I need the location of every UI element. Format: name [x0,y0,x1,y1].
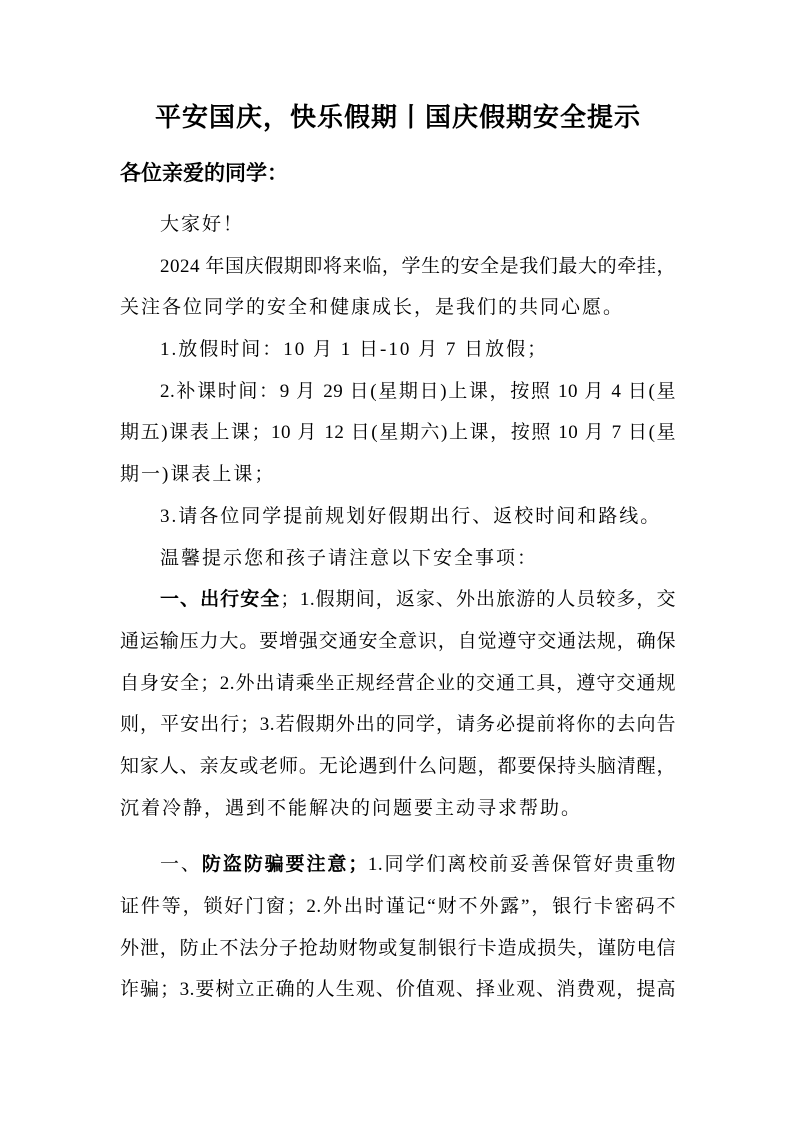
text-segment: 自身安全；2.外出请乘坐正规经营企业的交通工具，遵守交通规 [120,673,676,694]
text-line: 自身安全；2.外出请乘坐正规经营企业的交通工具，遵守交通规 [120,663,676,705]
text-segment: 一、 [160,854,202,875]
bold-text-segment: 一、出行安全 [160,589,280,610]
text-line: 一、防盗防骗要注意；1.同学们离校前妥善保管好贵重物品、 [120,844,676,886]
text-segment: 1.放假时间：10 月 1 日-10 月 7 日放假； [160,339,548,360]
text-segment: 诈骗；3.要树立正确的人生观、价值观、择业观、消费观，提高 [120,979,676,1000]
text-line: 外泄，防止不法分子抢劫财物或复制银行卡造成损失，谨防电信 [120,928,676,970]
bold-text-segment: 防盗防骗要注意； [202,854,368,875]
text-segment: 知家人、亲友或老师。无论遇到什么问题，都要保持头脑清醒， [120,756,676,777]
text-segment: 沉着冷静，遇到不能解决的问题要主动寻求帮助。 [120,798,582,819]
text-line: 通运输压力大。要增强交通安全意识，自觉遵守交通法规，确保 [120,621,676,663]
text-line: 3.请各位同学提前规划好假期出行、返校时间和路线。 [120,496,676,538]
text-line: 一、出行安全；1.假期间，返家、外出旅游的人员较多，交 [120,579,676,621]
text-line: 大家好！ [120,204,676,246]
text-line: 期五)课表上课；10 月 12 日(星期六)上课，按照 10 月 7 日(星 [120,412,676,454]
text-segment: 期五)课表上课；10 月 12 日(星期六)上课，按照 10 月 7 日(星 [120,422,676,443]
text-line: 则，平安出行；3.若假期外出的同学，请务必提前将你的去向告 [120,704,676,746]
text-segment: 温馨提示您和孩子请注意以下安全事项： [160,548,538,569]
text-segment: ；1.假期间，返家、外出旅游的人员较多，交 [280,589,676,610]
text-segment: 则，平安出行；3.若假期外出的同学，请务必提前将你的去向告 [120,714,676,735]
document-page: 平安国庆，快乐假期丨国庆假期安全提示 各位亲爱的同学： 大家好！2024 年国庆… [0,0,793,1122]
text-line: 沉着冷静，遇到不能解决的问题要主动寻求帮助。 [120,788,676,830]
text-line: 证件等，锁好门窗；2.外出时谨记“财不外露”，银行卡密码不 [120,886,676,928]
document-content: 平安国庆，快乐假期丨国庆假期安全提示 各位亲爱的同学： 大家好！2024 年国庆… [0,0,793,1011]
text-line: 诈骗；3.要树立正确的人生观、价值观、择业观、消费观，提高 [120,969,676,1011]
text-segment: 3.请各位同学提前规划好假期出行、返校时间和路线。 [160,506,661,527]
text-line: 2.补课时间：9 月 29 日(星期日)上课，按照 10 月 4 日(星 [120,371,676,413]
text-line: 关注各位同学的安全和健康成长，是我们的共同心愿。 [120,287,676,329]
text-segment: 关注各位同学的安全和健康成长，是我们的共同心愿。 [120,297,624,318]
text-segment: 通运输压力大。要增强交通安全意识，自觉遵守交通法规，确保 [120,631,676,652]
document-body: 大家好！2024 年国庆假期即将来临，学生的安全是我们最大的牵挂，关注各位同学的… [120,204,676,1011]
text-segment: 2.补课时间：9 月 29 日(星期日)上课，按照 10 月 4 日(星 [160,381,676,402]
text-line: 知家人、亲友或老师。无论遇到什么问题，都要保持头脑清醒， [120,746,676,788]
text-line: 2024 年国庆假期即将来临，学生的安全是我们最大的牵挂， [120,246,676,288]
text-line: 温馨提示您和孩子请注意以下安全事项： [120,538,676,580]
text-segment: 外泄，防止不法分子抢劫财物或复制银行卡造成损失，谨防电信 [120,938,676,959]
text-segment: 期一)课表上课； [120,464,275,485]
text-line: 1.放假时间：10 月 1 日-10 月 7 日放假； [120,329,676,371]
text-line: 期一)课表上课； [120,454,676,496]
page-title: 平安国庆，快乐假期丨国庆假期安全提示 [120,100,676,134]
text-segment: 2024 年国庆假期即将来临，学生的安全是我们最大的牵挂， [160,256,676,277]
salutation: 各位亲爱的同学： [120,160,676,188]
text-segment: 证件等，锁好门窗；2.外出时谨记“财不外露”，银行卡密码不 [120,896,676,917]
text-segment: 大家好！ [160,214,244,235]
